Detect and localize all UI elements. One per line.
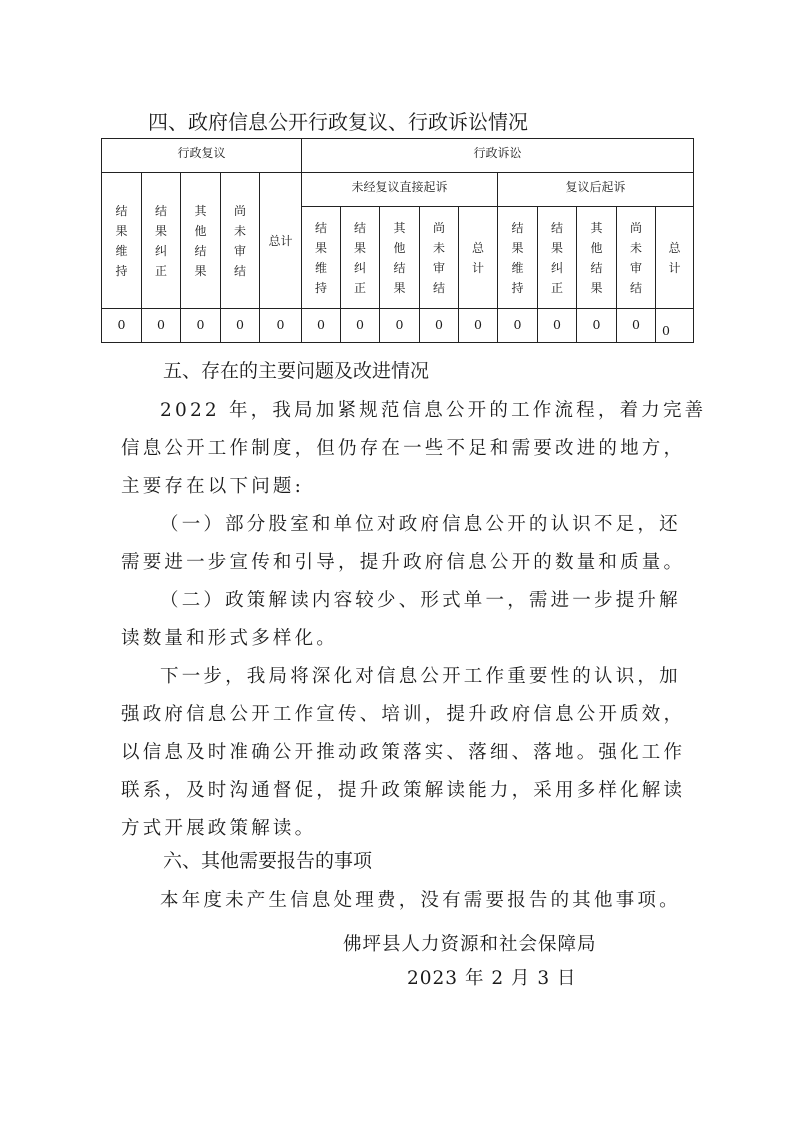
cell-value: 0: [617, 309, 656, 343]
cell-value: 0: [577, 309, 617, 343]
col-direct-upheld: 结果维持: [302, 207, 341, 309]
col-after-upheld: 结果维持: [498, 207, 538, 309]
signature-org: 佛坪县人力资源和社会保障局: [343, 934, 597, 956]
cell-value: 0: [341, 309, 380, 343]
col-direct-pending: 尚未审结: [420, 207, 459, 309]
section5-title: 五、存在的主要问题及改进情况: [163, 356, 429, 383]
header-administrative-litigation: 行政诉讼: [302, 139, 694, 173]
cell-value: 0: [459, 309, 498, 343]
cell-value: 0: [221, 309, 260, 343]
review-litigation-table: 行政复议 行政诉讼 结果维持 结果纠正 其他结果 尚未审结 总计 未经复议直接起…: [101, 138, 694, 343]
col-after-pending: 尚未审结: [617, 207, 656, 309]
cell-value: 0: [380, 309, 420, 343]
col-review-pending: 尚未审结: [221, 173, 260, 309]
paragraph-line: 2022 年，我局加紧规范信息公开的工作流程，着力完善: [160, 400, 706, 422]
paragraph-line: 强政府信息公开工作宣传、培训，提升政府信息公开质效，: [121, 704, 685, 726]
cell-value: 0: [656, 309, 694, 343]
col-review-total: 总计: [260, 173, 302, 309]
paragraph-line: 方式开展政策解读。: [121, 818, 316, 840]
section4-title: 四、政府信息公开行政复议、行政诉讼情况: [148, 106, 528, 135]
col-after-other: 其他结果: [577, 207, 617, 309]
signature-date: 2023 年 2 月 3 日: [407, 968, 577, 990]
paragraph-line: 联系，及时沟通督促，提升政策解读能力，采用多样化解读: [121, 780, 685, 802]
col-direct-total: 总计: [459, 207, 498, 309]
paragraph-line: 读数量和形式多样化。: [121, 628, 338, 650]
paragraph-line: （一）部分股室和单位对政府信息公开的认识不足，还: [160, 514, 681, 536]
col-direct-corrected: 结果纠正: [341, 207, 380, 309]
header-administrative-review: 行政复议: [102, 139, 302, 173]
col-review-corrected: 结果纠正: [142, 173, 181, 309]
col-after-total: 总计: [656, 207, 694, 309]
col-review-upheld: 结果维持: [102, 173, 142, 309]
paragraph-line: 以信息及时准确公开推动政策落实、落细、落地。强化工作: [121, 742, 685, 764]
cell-value: 0: [142, 309, 181, 343]
paragraph-line: 本年度未产生信息处理费，没有需要报告的其他事项。: [160, 890, 681, 912]
cell-value: 0: [498, 309, 538, 343]
cell-value: 0: [420, 309, 459, 343]
paragraph-line: 需要进一步宣传和引导，提升政府信息公开的数量和质量。: [121, 552, 685, 574]
col-direct-other: 其他结果: [380, 207, 420, 309]
paragraph-line: 信息公开工作制度，但仍存在一些不足和需要改进的地方，: [121, 438, 685, 460]
header-suit-after-review: 复议后起诉: [498, 173, 694, 207]
col-review-other: 其他结果: [181, 173, 221, 309]
paragraph-line: （二）政策解读内容较少、形式单一，需进一步提升解: [160, 590, 681, 612]
table-row: 0 0 0 0 0 0 0 0 0 0 0 0 0 0 0: [102, 309, 694, 343]
col-after-corrected: 结果纠正: [538, 207, 577, 309]
cell-value: 0: [302, 309, 341, 343]
cell-value: 0: [538, 309, 577, 343]
paragraph-line: 下一步，我局将深化对信息公开工作重要性的认识，加: [160, 666, 681, 688]
paragraph-line: 主要存在以下问题:: [121, 476, 304, 498]
cell-value: 0: [260, 309, 302, 343]
cell-value: 0: [102, 309, 142, 343]
section6-title: 六、其他需要报告的事项: [163, 846, 372, 873]
header-direct-suit: 未经复议直接起诉: [302, 173, 498, 207]
cell-value: 0: [181, 309, 221, 343]
